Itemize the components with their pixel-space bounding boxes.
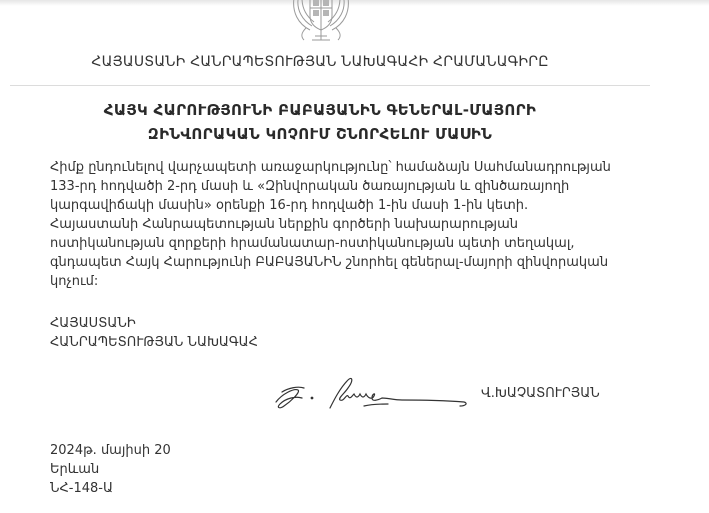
signer-title-line-1: ՀԱՅԱՍՏԱՆԻ	[50, 314, 258, 333]
decree-date: 2024թ. մայիսի 20	[50, 441, 171, 460]
body-line: Հայաստանի Հանրապետության ներքին գործերի …	[50, 215, 650, 234]
decree-footer: 2024թ. մայիսի 20 Երևան ՆՀ-148-Ա	[50, 441, 171, 498]
decree-title: ՀԱՅԿ ՀԱՐՈՒԹՅՈՒՆԻ ԲԱԲԱՅԱՆԻՆ ԳԵՆԵՐԱԼ-ՄԱՅՈՐ…	[0, 98, 640, 146]
body-line: գնդապետ Հայկ Հարությունի ԲԱԲԱՅԱՆԻՆ շնորհ…	[50, 253, 650, 272]
header-divider	[10, 85, 650, 86]
decree-place: Երևան	[50, 460, 171, 479]
decree-number: ՆՀ-148-Ա	[50, 479, 171, 498]
coat-of-arms-icon	[288, 0, 354, 42]
body-line: Հիմք ընդունելով վարչապետի առաջարկություն…	[50, 158, 650, 177]
signature-icon	[268, 372, 478, 414]
top-shadow	[0, 0, 709, 6]
body-line: կարգավիճակի մասին» օրենքի 16-րդ հոդվածի …	[50, 196, 650, 215]
document-type-heading: ՀԱՅԱՍՏԱՆԻ ՀԱՆՐԱՊԵՏՈՒԹՅԱՆ ՆԱԽԱԳԱՀԻ ՀՐԱՄԱՆ…	[0, 54, 640, 70]
body-line: 133-րդ հոդվածի 2-րդ մասի և «Զինվորական ծ…	[50, 177, 650, 196]
decree-title-line-1: ՀԱՅԿ ՀԱՐՈՒԹՅՈՒՆԻ ԲԱԲԱՅԱՆԻՆ ԳԵՆԵՐԱԼ-ՄԱՅՈՐ…	[0, 98, 640, 122]
decree-title-line-2: ԶԻՆՎՈՐԱԿԱՆ ԿՈՉՈՒՄ ՇՆՈՐՀԵԼՈՒ ՄԱՍԻՆ	[0, 122, 640, 146]
body-line: կոչում:	[50, 272, 650, 291]
body-line: ոստիկանության զորքերի հրամանատար-ոստիկան…	[50, 234, 650, 253]
signer-name: Վ.ԽԱՉԱՏՈՒՐՅԱՆ	[481, 386, 600, 401]
decree-body: Հիմք ընդունելով վարչապետի առաջարկություն…	[50, 158, 650, 291]
signer-title-line-2: ՀԱՆՐԱՊԵՏՈՒԹՅԱՆ ՆԱԽԱԳԱՀ	[50, 333, 258, 352]
signer-title: ՀԱՅԱՍՏԱՆԻ ՀԱՆՐԱՊԵՏՈՒԹՅԱՆ ՆԱԽԱԳԱՀ	[50, 314, 258, 352]
